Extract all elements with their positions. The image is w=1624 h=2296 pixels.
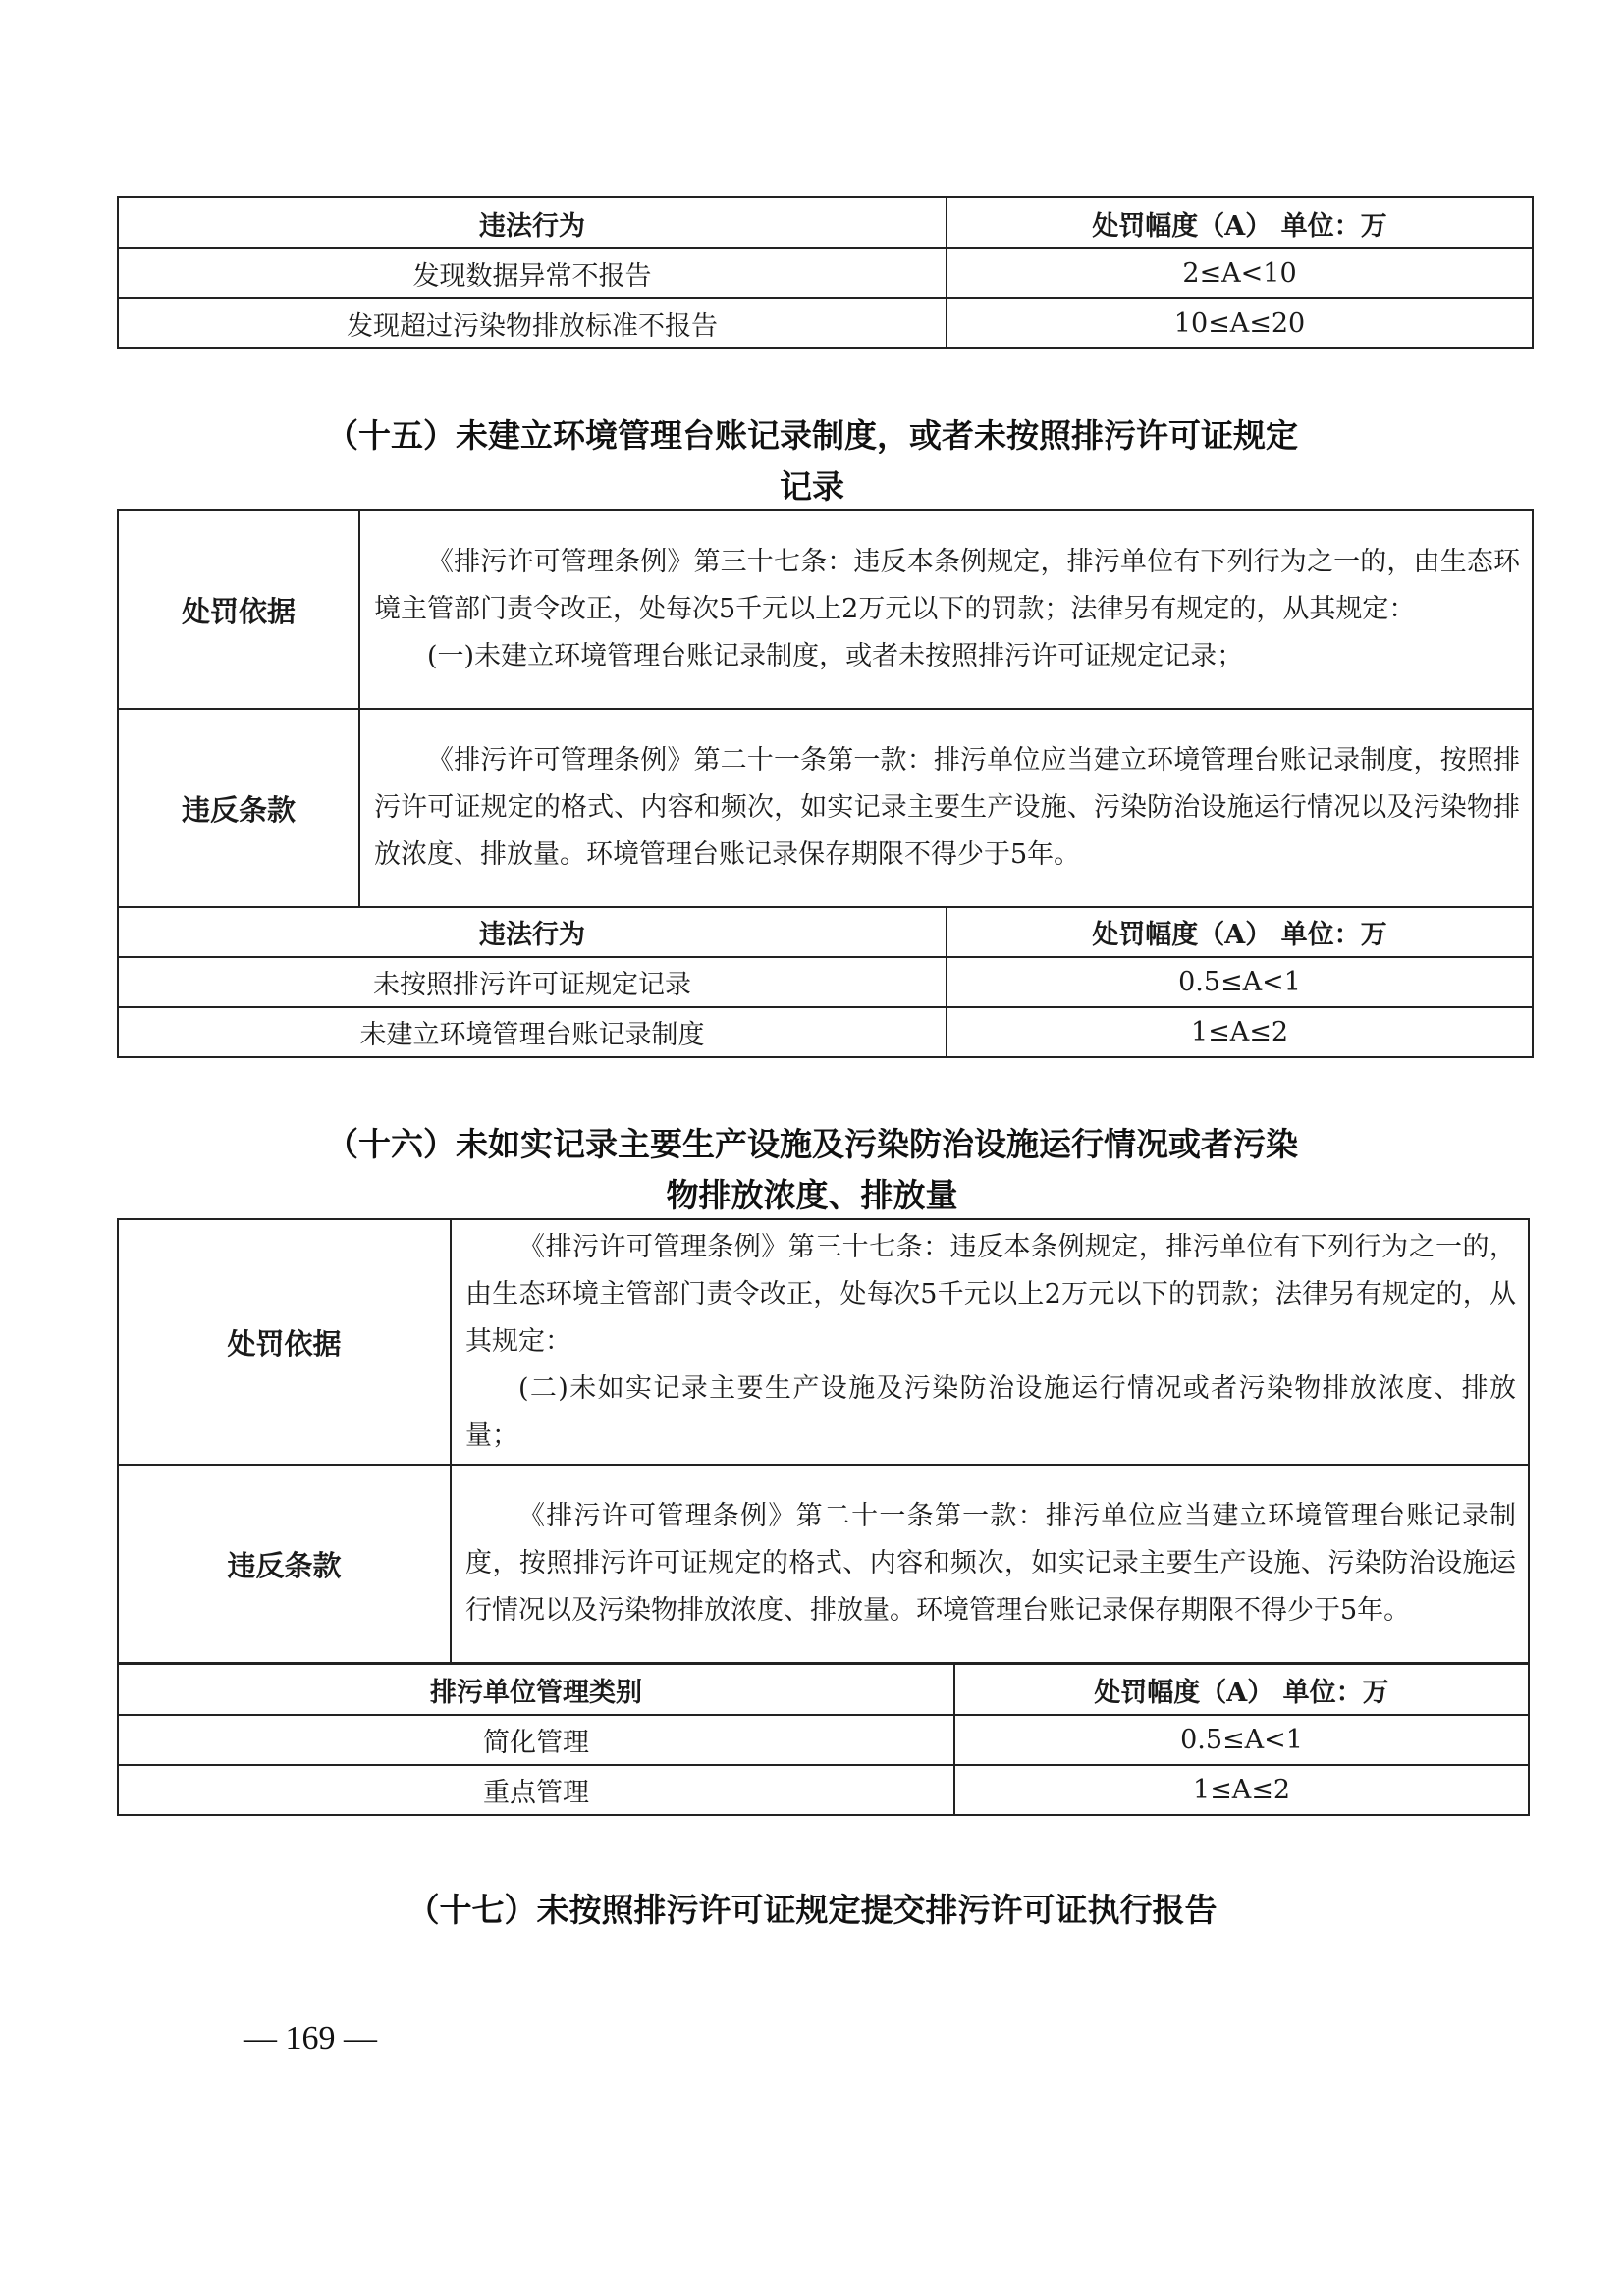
section-17-title: （十七）未按照排污许可证规定提交排污许可证执行报告	[0, 1885, 1624, 1936]
basis-label: 处罚依据	[118, 510, 359, 709]
table-header-row: 违法行为 处罚幅度（A） 单位：万	[118, 907, 1533, 957]
section-15-title-line2: 记录	[0, 461, 1624, 512]
header-violation: 违法行为	[118, 907, 947, 957]
header-violation: 违法行为	[118, 197, 947, 248]
basis-paragraph: 《排污许可管理条例》第三十七条：违反本条例规定，排污单位有下列行为之一的，由生态…	[374, 539, 1520, 633]
penalty-cell: 2≤A<10	[947, 248, 1533, 298]
header-penalty-range: 处罚幅度（A） 单位：万	[947, 197, 1533, 248]
category-cell: 简化管理	[118, 1715, 954, 1765]
penalty-cell: 0.5≤A<1	[954, 1715, 1529, 1765]
category-cell: 重点管理	[118, 1765, 954, 1815]
violation-cell: 未按照排污许可证规定记录	[118, 957, 947, 1007]
basis-row: 处罚依据 《排污许可管理条例》第三十七条：违反本条例规定，排污单位有下列行为之一…	[118, 510, 1533, 709]
violation-paragraph: 《排污许可管理条例》第二十一条第一款：排污单位应当建立环境管理台账记录制度，按照…	[465, 1493, 1516, 1634]
violation-cell: 发现数据异常不报告	[118, 248, 947, 298]
violation-label: 违反条款	[118, 709, 359, 907]
violation-label: 违反条款	[118, 1465, 451, 1663]
page-number: — 169 —	[244, 2020, 377, 2057]
violation-paragraph: 《排污许可管理条例》第二十一条第一款：排污单位应当建立环境管理台账记录制度，按照…	[374, 737, 1520, 879]
table-row: 未按照排污许可证规定记录 0.5≤A<1	[118, 957, 1533, 1007]
basis-text: 《排污许可管理条例》第三十七条：违反本条例规定，排污单位有下列行为之一的，由生态…	[451, 1219, 1529, 1465]
violation-cell: 发现超过污染物排放标准不报告	[118, 298, 947, 348]
section-15-title: （十五）未建立环境管理台账记录制度，或者未按照排污许可证规定 记录	[0, 410, 1624, 512]
table-row: 重点管理 1≤A≤2	[118, 1765, 1529, 1815]
table-header-row: 排污单位管理类别 处罚幅度（A） 单位：万	[118, 1664, 1529, 1715]
penalty-cell: 0.5≤A<1	[947, 957, 1533, 1007]
violation-text: 《排污许可管理条例》第二十一条第一款：排污单位应当建立环境管理台账记录制度，按照…	[359, 709, 1533, 907]
penalty-table-continued: 违法行为 处罚幅度（A） 单位：万 发现数据异常不报告 2≤A<10 发现超过污…	[117, 196, 1534, 349]
table-row: 发现数据异常不报告 2≤A<10	[118, 248, 1533, 298]
section-16-penalty-table: 排污单位管理类别 处罚幅度（A） 单位：万 简化管理 0.5≤A<1 重点管理 …	[117, 1663, 1530, 1816]
section-16-title: （十六）未如实记录主要生产设施及污染防治设施运行情况或者污染 物排放浓度、排放量	[0, 1119, 1624, 1221]
violation-text: 《排污许可管理条例》第二十一条第一款：排污单位应当建立环境管理台账记录制度，按照…	[451, 1465, 1529, 1663]
basis-row: 处罚依据 《排污许可管理条例》第三十七条：违反本条例规定，排污单位有下列行为之一…	[118, 1219, 1529, 1465]
basis-label: 处罚依据	[118, 1219, 451, 1465]
header-management-category: 排污单位管理类别	[118, 1664, 954, 1715]
penalty-cell: 1≤A≤2	[947, 1007, 1533, 1057]
header-penalty-range: 处罚幅度（A） 单位：万	[954, 1664, 1529, 1715]
header-penalty-range: 处罚幅度（A） 单位：万	[947, 907, 1533, 957]
penalty-cell: 1≤A≤2	[954, 1765, 1529, 1815]
basis-clause: (一)未建立环境管理台账记录制度，或者未按照排污许可证规定记录；	[374, 633, 1520, 680]
basis-paragraph: 《排污许可管理条例》第三十七条：违反本条例规定，排污单位有下列行为之一的，由生态…	[465, 1224, 1516, 1365]
table-row: 简化管理 0.5≤A<1	[118, 1715, 1529, 1765]
table-row: 未建立环境管理台账记录制度 1≤A≤2	[118, 1007, 1533, 1057]
basis-clause: (二)未如实记录主要生产设施及污染防治设施运行情况或者污染物排放浓度、排放量；	[465, 1365, 1516, 1460]
basis-text: 《排污许可管理条例》第三十七条：违反本条例规定，排污单位有下列行为之一的，由生态…	[359, 510, 1533, 709]
violation-row: 违反条款 《排污许可管理条例》第二十一条第一款：排污单位应当建立环境管理台账记录…	[118, 709, 1533, 907]
section-15-basis-table: 处罚依据 《排污许可管理条例》第三十七条：违反本条例规定，排污单位有下列行为之一…	[117, 509, 1534, 908]
table-row: 发现超过污染物排放标准不报告 10≤A≤20	[118, 298, 1533, 348]
violation-cell: 未建立环境管理台账记录制度	[118, 1007, 947, 1057]
section-16-title-line2: 物排放浓度、排放量	[0, 1170, 1624, 1221]
penalty-cell: 10≤A≤20	[947, 298, 1533, 348]
section-15-penalty-table: 违法行为 处罚幅度（A） 单位：万 未按照排污许可证规定记录 0.5≤A<1 未…	[117, 906, 1534, 1058]
section-16-title-line1: （十六）未如实记录主要生产设施及污染防治设施运行情况或者污染	[0, 1119, 1624, 1170]
section-15-title-line1: （十五）未建立环境管理台账记录制度，或者未按照排污许可证规定	[0, 410, 1624, 461]
table-header-row: 违法行为 处罚幅度（A） 单位：万	[118, 197, 1533, 248]
violation-row: 违反条款 《排污许可管理条例》第二十一条第一款：排污单位应当建立环境管理台账记录…	[118, 1465, 1529, 1663]
section-16-basis-table: 处罚依据 《排污许可管理条例》第三十七条：违反本条例规定，排污单位有下列行为之一…	[117, 1218, 1530, 1664]
